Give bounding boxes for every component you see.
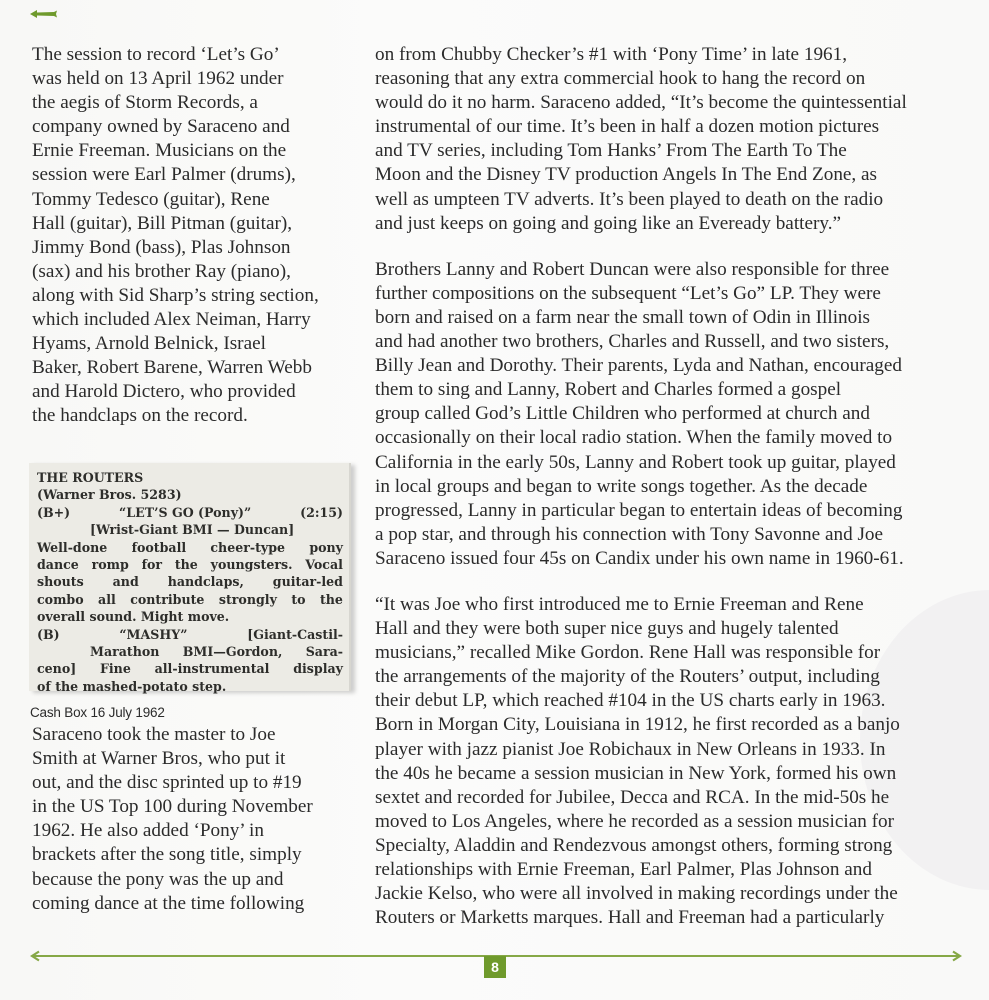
review-line: shouts and handclaps, guitar-led bbox=[37, 573, 343, 590]
text-line: because the pony was the up and bbox=[32, 868, 362, 892]
text-line: progressed, Lanny in particular began to… bbox=[375, 499, 970, 523]
text-line: on from Chubby Checker’s #1 with ‘Pony T… bbox=[375, 43, 970, 67]
review-line: overall sound. Might move. bbox=[37, 608, 343, 625]
text-line: musicians,” recalled Mike Gordon. Rene H… bbox=[375, 641, 970, 665]
text-line: “It was Joe who first introduced me to E… bbox=[375, 593, 970, 617]
booklet-page: The session to record ‘Let’s Go’ was hel… bbox=[0, 0, 989, 1000]
text-line: Brothers Lanny and Robert Duncan were al… bbox=[375, 258, 970, 282]
text-line: in local groups and began to write songs… bbox=[375, 475, 970, 499]
right-column: on from Chubby Checker’s #1 with ‘Pony T… bbox=[375, 43, 970, 930]
text-line: which included Alex Neiman, Harry bbox=[32, 308, 362, 332]
word: Well-done bbox=[37, 539, 107, 556]
text-line: along with Sid Sharp’s string section, bbox=[32, 284, 362, 308]
review-line: combo all contribute strongly to the bbox=[37, 591, 343, 608]
word: handclaps, bbox=[168, 573, 244, 590]
b-side-grade: (B) bbox=[37, 626, 60, 643]
text-line: Billy Jean and Dorothy. Their parents, L… bbox=[375, 354, 970, 378]
word: combo bbox=[37, 591, 84, 608]
text-line: player with jazz pianist Joe Robichaux i… bbox=[375, 738, 970, 762]
text-line: occasionally on their local radio statio… bbox=[375, 426, 970, 450]
word: all bbox=[98, 591, 116, 608]
page-number-badge: 8 bbox=[484, 956, 506, 978]
word: and bbox=[113, 573, 139, 590]
text-line: Baker, Robert Barene, Warren Webb bbox=[32, 356, 362, 380]
clipping-caption: Cash Box 16 July 1962 bbox=[30, 705, 165, 720]
text-line: 1962. He also added ‘Pony’ in bbox=[32, 819, 362, 843]
review-line: dance romp for the youngsters. Vocal bbox=[37, 556, 343, 573]
word: ceno] bbox=[37, 660, 76, 677]
paragraph-rene-hall: “It was Joe who first introduced me to E… bbox=[375, 593, 970, 930]
word: shouts bbox=[37, 573, 84, 590]
text-line: Specialty, Aladdin and Rendezvous amongs… bbox=[375, 834, 970, 858]
word: all-instrumental bbox=[155, 660, 270, 677]
word: pony bbox=[309, 539, 343, 556]
left-column-top: The session to record ‘Let’s Go’ was hel… bbox=[32, 43, 362, 429]
text-line: Hall and they were both super nice guys … bbox=[375, 617, 970, 641]
text-line: out, and the disc sprinted up to #19 bbox=[32, 771, 362, 795]
text-line: Saraceno issued four 45s on Candix under… bbox=[375, 547, 970, 571]
a-side-duration: (2:15) bbox=[300, 504, 343, 521]
text-line: further compositions on the subsequent “… bbox=[375, 282, 970, 306]
text-line: Jimmy Bond (bass), Plas Johnson bbox=[32, 236, 362, 260]
paragraph-warner: Saraceno took the master to Joe Smith at… bbox=[32, 723, 362, 916]
b-side-credits-1: [Giant-Castil- bbox=[247, 626, 343, 643]
word: contribute bbox=[130, 591, 204, 608]
word: youngsters. bbox=[211, 556, 293, 573]
word: dance bbox=[37, 556, 79, 573]
text-line: would do it no harm. Saraceno added, “It… bbox=[375, 91, 970, 115]
word: the bbox=[320, 591, 343, 608]
paragraph-session: The session to record ‘Let’s Go’ was hel… bbox=[32, 43, 362, 429]
text-line: Hall (guitar), Bill Pitman (guitar), bbox=[32, 212, 362, 236]
clipping-label: (Warner Bros. 5283) bbox=[37, 486, 343, 503]
word: Vocal bbox=[305, 556, 343, 573]
text-line: a pop star, and through his connection w… bbox=[375, 523, 970, 547]
text-line: the handclaps on the record. bbox=[32, 404, 362, 428]
review-line: of the mashed-potato step. bbox=[37, 678, 343, 695]
text-line: moved to Los Angeles, where he recorded … bbox=[375, 810, 970, 834]
text-line: them to sing and Lanny, Robert and Charl… bbox=[375, 378, 970, 402]
text-line: brackets after the song title, simply bbox=[32, 843, 362, 867]
word: Fine bbox=[100, 660, 131, 677]
paragraph-gap bbox=[375, 571, 970, 593]
text-line: was held on 13 April 1962 under bbox=[32, 67, 362, 91]
text-line: Born in Morgan City, Louisiana in 1912, … bbox=[375, 713, 970, 737]
arrow-left-icon bbox=[30, 9, 58, 19]
text-line: the aegis of Storm Records, a bbox=[32, 91, 362, 115]
word: Sara- bbox=[306, 643, 343, 660]
text-line: Hyams, Arnold Belnick, Israel bbox=[32, 332, 362, 356]
clipping-b-side-heading: (B) “MASHY” [Giant-Castil- bbox=[37, 626, 343, 643]
review-line: Well-done football cheer-type pony bbox=[37, 539, 343, 556]
paragraph-gap bbox=[375, 236, 970, 258]
text-line: company owned by Saraceno and bbox=[32, 115, 362, 139]
clipping-artist: THE ROUTERS bbox=[37, 469, 343, 486]
text-line: the 40s he became a session musician in … bbox=[375, 762, 970, 786]
paragraph-duncan-brothers: Brothers Lanny and Robert Duncan were al… bbox=[375, 258, 970, 571]
text-line: and Harold Dictero, who provided bbox=[32, 380, 362, 404]
text-line: their debut LP, which reached #104 in th… bbox=[375, 689, 970, 713]
word: the bbox=[175, 556, 198, 573]
word: cheer-type bbox=[210, 539, 285, 556]
review-line: ceno] Fine all-instrumental display bbox=[37, 660, 343, 677]
word: football bbox=[132, 539, 187, 556]
word: display bbox=[293, 660, 343, 677]
text-line: and TV series, including Tom Hanks’ From… bbox=[375, 139, 970, 163]
word: Marathon bbox=[90, 643, 159, 660]
text-line: Tommy Tedesco (guitar), Rene bbox=[32, 188, 362, 212]
b-side-credits-2: Marathon BMI—Gordon, Sara- bbox=[37, 643, 343, 660]
word: for bbox=[142, 556, 162, 573]
text-line: reasoning that any extra commercial hook… bbox=[375, 67, 970, 91]
text-line: the arrangements of the majority of the … bbox=[375, 665, 970, 689]
text-line: coming dance at the time following bbox=[32, 892, 362, 916]
paragraph-pony-time: on from Chubby Checker’s #1 with ‘Pony T… bbox=[375, 43, 970, 236]
text-line: and had another two brothers, Charles an… bbox=[375, 330, 970, 354]
text-line: Ernie Freeman. Musicians on the bbox=[32, 139, 362, 163]
text-line: Jackie Kelso, who were all involved in m… bbox=[375, 882, 970, 906]
a-side-credits: [Wrist-Giant BMI — Duncan] bbox=[37, 521, 343, 538]
cash-box-review-clipping: THE ROUTERS (Warner Bros. 5283) (B+) “LE… bbox=[29, 463, 351, 691]
word: strongly bbox=[219, 591, 277, 608]
text-line: Smith at Warner Bros, who put it bbox=[32, 747, 362, 771]
word: romp bbox=[92, 556, 129, 573]
text-line: (sax) and his brother Ray (piano), bbox=[32, 260, 362, 284]
text-line: group called God’s Little Children who p… bbox=[375, 402, 970, 426]
a-side-grade: (B+) bbox=[37, 504, 70, 521]
text-line: born and raised on a farm near the small… bbox=[375, 306, 970, 330]
clipping-a-side-heading: (B+) “LET’S GO (Pony)” (2:15) bbox=[37, 504, 343, 521]
word: to bbox=[291, 591, 305, 608]
text-line: instrumental of our time. It’s been in h… bbox=[375, 115, 970, 139]
text-line: The session to record ‘Let’s Go’ bbox=[32, 43, 362, 67]
word: BMI—Gordon, bbox=[183, 643, 283, 660]
text-line: sextet and recorded for Jubilee, Decca a… bbox=[375, 786, 970, 810]
text-line: California in the early 50s, Lanny and R… bbox=[375, 451, 970, 475]
text-line: and just keeps on going and going like a… bbox=[375, 212, 970, 236]
a-side-title: “LET’S GO (Pony)” bbox=[119, 504, 251, 521]
text-line: Saraceno took the master to Joe bbox=[32, 723, 362, 747]
text-line: relationships with Ernie Freeman, Earl P… bbox=[375, 858, 970, 882]
text-line: well as umpteen TV adverts. It’s been pl… bbox=[375, 188, 970, 212]
text-line: Moon and the Disney TV production Angels… bbox=[375, 163, 970, 187]
text-line: session were Earl Palmer (drums), bbox=[32, 163, 362, 187]
word: guitar-led bbox=[273, 573, 343, 590]
text-line: Routers or Marketts marques. Hall and Fr… bbox=[375, 906, 970, 930]
b-side-title: “MASHY” bbox=[119, 626, 187, 643]
text-line: in the US Top 100 during November bbox=[32, 795, 362, 819]
left-column-bottom: Saraceno took the master to Joe Smith at… bbox=[32, 723, 362, 916]
